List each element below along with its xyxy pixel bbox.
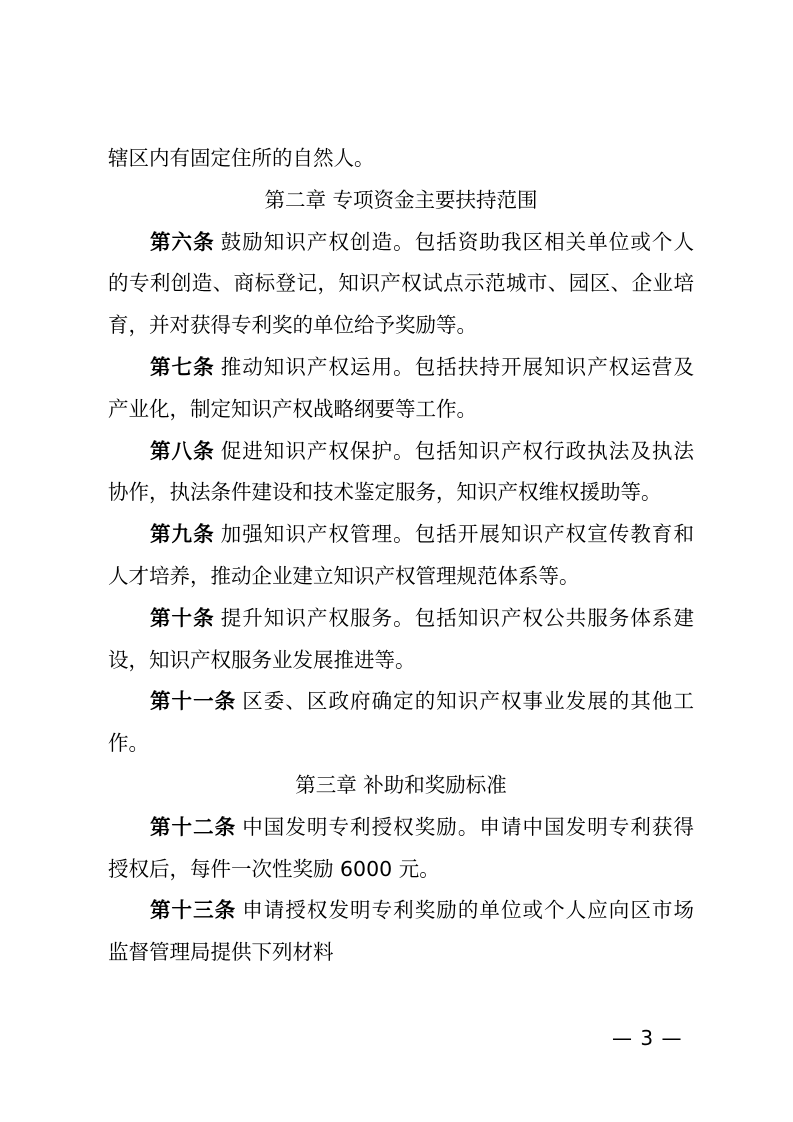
article-8-line-1: 第八条促进知识产权保护。包括知识产权行政执法及执法	[108, 431, 694, 473]
article-7-line-2: 产业化，制定知识产权战略纲要等工作。	[108, 389, 694, 431]
page-body: 辖区内有固定住所的自然人。 第二章 专项资金主要扶持范围 第六条鼓励知识产权创造…	[108, 138, 694, 974]
article-6-line-1: 第六条鼓励知识产权创造。包括资助我区相关单位或个人	[108, 222, 694, 264]
continued-paragraph-line: 辖区内有固定住所的自然人。	[108, 138, 694, 180]
article-number: 第十三条	[150, 898, 236, 922]
article-text: 区委、区政府确定的知识产权事业发展的其他工	[242, 689, 694, 713]
article-6-line-2: 的专利创造、商标登记，知识产权试点示范城市、园区、企业培	[108, 263, 694, 305]
article-12-line-1: 第十二条中国发明专利授权奖励。申请中国发明专利获得	[108, 807, 694, 849]
article-number: 第九条	[150, 522, 215, 546]
article-9-line-1: 第九条加强知识产权管理。包括开展知识产权宣传教育和	[108, 514, 694, 556]
article-7-line-1: 第七条推动知识产权运用。包括扶持开展知识产权运营及	[108, 347, 694, 389]
article-8-line-2: 协作，执法条件建设和技术鉴定服务，知识产权维权援助等。	[108, 472, 694, 514]
article-10-line-1: 第十条提升知识产权服务。包括知识产权公共服务体系建	[108, 598, 694, 640]
article-text: 鼓励知识产权创造。包括资助我区相关单位或个人	[221, 230, 694, 254]
article-number: 第十二条	[150, 815, 236, 839]
article-number: 第七条	[150, 355, 215, 379]
page-number: — 3 —	[612, 1026, 682, 1050]
article-text: 推动知识产权运用。包括扶持开展知识产权运营及	[221, 355, 694, 379]
article-11-line-1: 第十一条区委、区政府确定的知识产权事业发展的其他工	[108, 681, 694, 723]
article-text: 申请授权发明专利奖励的单位或个人应向区市场	[242, 898, 694, 922]
article-text: 中国发明专利授权奖励。申请中国发明专利获得	[242, 815, 694, 839]
article-number: 第六条	[150, 230, 215, 254]
article-number: 第十一条	[150, 689, 236, 713]
article-12-line-2: 授权后，每件一次性奖励 6000 元。	[108, 849, 694, 891]
article-9-line-2: 人才培养，推动企业建立知识产权管理规范体系等。	[108, 556, 694, 598]
article-11-line-2: 作。	[108, 723, 694, 765]
article-13-line-1: 第十三条申请授权发明专利奖励的单位或个人应向区市场	[108, 890, 694, 932]
article-text: 提升知识产权服务。包括知识产权公共服务体系建	[221, 606, 694, 630]
article-text: 加强知识产权管理。包括开展知识产权宣传教育和	[221, 522, 694, 546]
article-6-line-3: 育，并对获得专利奖的单位给予奖励等。	[108, 305, 694, 347]
chapter-heading-2: 第二章 专项资金主要扶持范围	[108, 180, 694, 222]
article-number: 第十条	[150, 606, 215, 630]
article-text: 促进知识产权保护。包括知识产权行政执法及执法	[221, 439, 694, 463]
chapter-heading-3: 第三章 补助和奖励标准	[108, 765, 694, 807]
article-number: 第八条	[150, 439, 215, 463]
article-13-line-2: 监督管理局提供下列材料	[108, 932, 694, 974]
article-10-line-2: 设，知识产权服务业发展推进等。	[108, 640, 694, 682]
